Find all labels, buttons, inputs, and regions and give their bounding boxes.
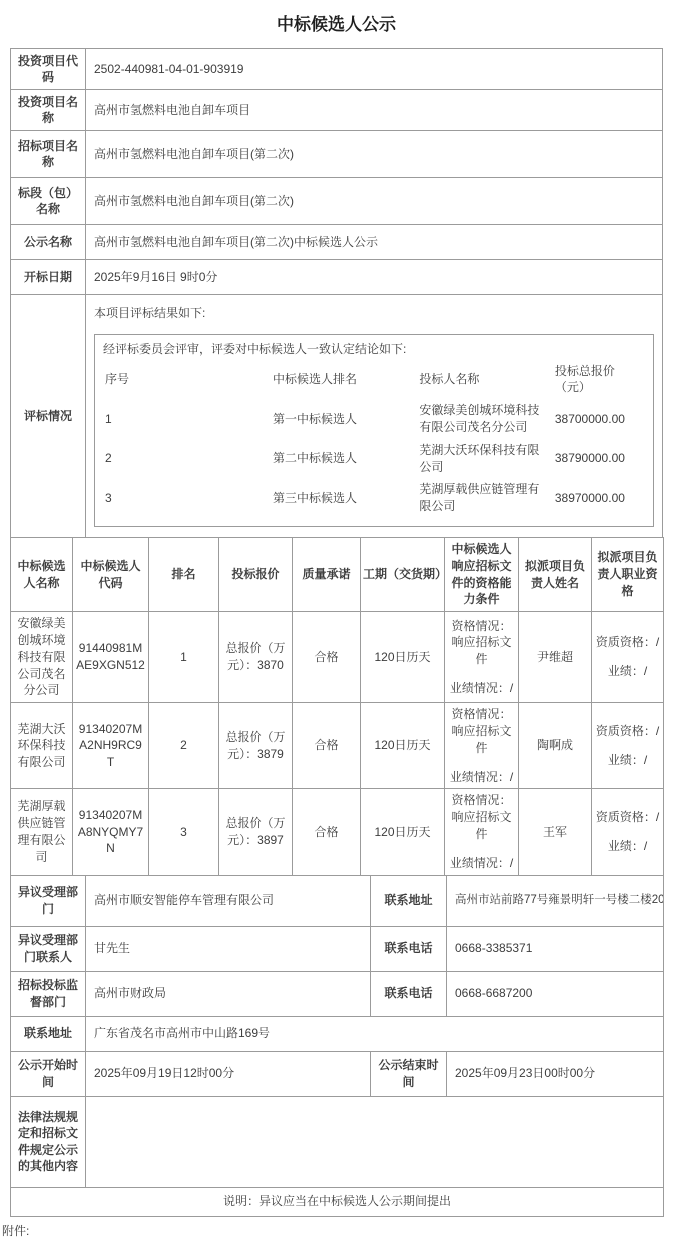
page-title: 中标候选人公示 bbox=[10, 10, 663, 35]
performance-value: 业绩情况：/ bbox=[448, 855, 515, 872]
row-label: 标段（包）名称 bbox=[11, 178, 86, 225]
duration: 120日历天 bbox=[361, 703, 445, 789]
row-label: 异议受理部门 bbox=[11, 875, 86, 926]
cert-value: 资质资格：/ bbox=[595, 723, 660, 740]
evaluation-intro: 本项目评标结果如下: bbox=[94, 305, 654, 322]
row-label: 联系电话 bbox=[371, 926, 447, 971]
quality-promise: 合格 bbox=[293, 789, 361, 875]
row-value: 高州市氢燃料电池自卸车项目(第二次) bbox=[86, 178, 663, 225]
bid-total-price: 38700000.00 bbox=[553, 399, 645, 439]
candidate-name: 芜湖厚载供应链管理有限公司 bbox=[11, 789, 73, 875]
table-row-other-content: 法律法规规定和招标文件规定公示的其他内容 bbox=[11, 1096, 664, 1187]
evaluation-row: 2 第二中标候选人 芜湖大沃环保科技有限公司 38790000.00 bbox=[103, 439, 645, 479]
row-value: 2025年09月19日12时00分 bbox=[86, 1051, 371, 1096]
row-label: 联系电话 bbox=[371, 971, 447, 1016]
column-header: 序号 bbox=[103, 360, 271, 400]
table-row-publicity-time: 公示开始时间 2025年09月19日12时00分 公示结束时间 2025年09月… bbox=[11, 1051, 664, 1096]
qualification-cell: 资格情况： 响应招标文件 业绩情况：/ bbox=[445, 789, 519, 875]
row-label: 投资项目代码 bbox=[11, 49, 86, 90]
row-label: 异议受理部门联系人 bbox=[11, 926, 86, 971]
table-row-bid-open-date: 开标日期 2025年9月16日 9时0分 bbox=[11, 260, 663, 295]
qualification-title: 资格情况： bbox=[448, 618, 515, 635]
row-value: 0668-3385371 bbox=[447, 926, 664, 971]
row-label: 投资项目名称 bbox=[11, 90, 86, 131]
qualification-value: 响应招标文件 bbox=[448, 723, 515, 757]
candidate-rank: 第三中标候选人 bbox=[271, 478, 417, 518]
row-label: 法律法规规定和招标文件规定公示的其他内容 bbox=[11, 1096, 86, 1187]
column-header: 中标候选人名称 bbox=[11, 537, 73, 611]
evaluation-cell: 本项目评标结果如下: 经评标委员会评审，评委对中标候选人一致认定结论如下: 序号… bbox=[86, 295, 663, 538]
bid-price: 总报价（万元）：3879 bbox=[219, 703, 293, 789]
row-value: 甘先生 bbox=[86, 926, 371, 971]
evaluation-row: 1 第一中标候选人 安徽绿美创城环境科技有限公司茂名分公司 38700000.0… bbox=[103, 399, 645, 439]
candidate-code: 91340207MA2NH9RC9T bbox=[73, 703, 149, 789]
row-value: 2502-440981-04-01-903919 bbox=[86, 49, 663, 90]
candidate-row: 安徽绿美创城环境科技有限公司茂名分公司 91440981MAE9XGN512 1… bbox=[11, 612, 664, 703]
candidate-row: 芜湖厚载供应链管理有限公司 91340207MA8NYQMY7N 3 总报价（万… bbox=[11, 789, 664, 875]
table-row-objection-contact: 异议受理部门联系人 甘先生 联系电话 0668-3385371 bbox=[11, 926, 664, 971]
duration: 120日历天 bbox=[361, 789, 445, 875]
bidder-name: 芜湖大沃环保科技有限公司 bbox=[417, 439, 553, 479]
row-value bbox=[86, 1096, 664, 1187]
bid-total-price: 38790000.00 bbox=[553, 439, 645, 479]
manager-cert-cell: 资质资格：/ 业绩：/ bbox=[592, 703, 664, 789]
qualification-value: 响应招标文件 bbox=[448, 634, 515, 668]
row-value: 高州市顺安智能停车管理有限公司 bbox=[86, 875, 371, 926]
cert-performance: 业绩：/ bbox=[595, 663, 660, 680]
column-header: 拟派项目负责人姓名 bbox=[519, 537, 592, 611]
contact-table: 异议受理部门 高州市顺安智能停车管理有限公司 联系地址 高州市站前路77号雍景明… bbox=[10, 875, 664, 1217]
evaluation-row: 3 第三中标候选人 芜湖厚载供应链管理有限公司 38970000.00 bbox=[103, 478, 645, 518]
row-value: 2025年09月23日00时00分 bbox=[447, 1051, 664, 1096]
table-row-supervision-dept: 招标投标监督部门 高州市财政局 联系电话 0668-6687200 bbox=[11, 971, 664, 1016]
column-header: 投标总报价（元） bbox=[553, 360, 645, 400]
table-row-note: 说明：异议应当在中标候选人公示期间提出 bbox=[11, 1187, 664, 1216]
candidate-rank: 第一中标候选人 bbox=[271, 399, 417, 439]
row-value: 高州市氢燃料电池自卸车项目 bbox=[86, 90, 663, 131]
cert-value: 资质资格：/ bbox=[595, 634, 660, 651]
table-row-contact-address: 联系地址 广东省茂名市高州市中山路169号 bbox=[11, 1016, 664, 1051]
row-label: 联系地址 bbox=[11, 1016, 86, 1051]
bid-total-price: 38970000.00 bbox=[553, 478, 645, 518]
cert-value: 资质资格：/ bbox=[595, 809, 660, 826]
cert-performance: 业绩：/ bbox=[595, 752, 660, 769]
column-header: 中标候选人响应招标文件的资格能力条件 bbox=[445, 537, 519, 611]
manager-cert-cell: 资质资格：/ 业绩：/ bbox=[592, 789, 664, 875]
candidate-rank: 3 bbox=[149, 789, 219, 875]
column-header: 排名 bbox=[149, 537, 219, 611]
bid-price: 总报价（万元）：3870 bbox=[219, 612, 293, 703]
seq-no: 1 bbox=[103, 399, 271, 439]
project-manager: 尹维超 bbox=[519, 612, 592, 703]
candidates-table: 中标候选人名称 中标候选人代码 排名 投标报价 质量承诺 工期（交货期） 中标候… bbox=[10, 537, 664, 876]
row-label: 开标日期 bbox=[11, 260, 86, 295]
row-label: 公示结束时间 bbox=[371, 1051, 447, 1096]
candidate-code: 91340207MA8NYQMY7N bbox=[73, 789, 149, 875]
manager-cert-cell: 资质资格：/ 业绩：/ bbox=[592, 612, 664, 703]
qualification-title: 资格情况： bbox=[448, 706, 515, 723]
bidder-name: 安徽绿美创城环境科技有限公司茂名分公司 bbox=[417, 399, 553, 439]
row-label: 招标投标监督部门 bbox=[11, 971, 86, 1016]
row-value: 高州市站前路77号雍景明轩一号楼二楼203 bbox=[447, 875, 664, 926]
column-header: 质量承诺 bbox=[293, 537, 361, 611]
candidate-row: 芜湖大沃环保科技有限公司 91340207MA2NH9RC9T 2 总报价（万元… bbox=[11, 703, 664, 789]
project-manager: 陶啊成 bbox=[519, 703, 592, 789]
table-row-evaluation: 评标情况 本项目评标结果如下: 经评标委员会评审，评委对中标候选人一致认定结论如… bbox=[11, 295, 663, 538]
row-label: 联系地址 bbox=[371, 875, 447, 926]
row-value: 0668-6687200 bbox=[447, 971, 664, 1016]
seq-no: 3 bbox=[103, 478, 271, 518]
row-value: 高州市氢燃料电池自卸车项目(第二次)中标候选人公示 bbox=[86, 225, 663, 260]
qualification-title: 资格情况： bbox=[448, 792, 515, 809]
row-label: 公示名称 bbox=[11, 225, 86, 260]
qualification-value: 响应招标文件 bbox=[448, 809, 515, 843]
evaluation-conclusion: 经评标委员会评审，评委对中标候选人一致认定结论如下: bbox=[103, 341, 645, 358]
candidate-name: 芜湖大沃环保科技有限公司 bbox=[11, 703, 73, 789]
table-row-section-name: 标段（包）名称 高州市氢燃料电池自卸车项目(第二次) bbox=[11, 178, 663, 225]
row-value: 广东省茂名市高州市中山路169号 bbox=[86, 1016, 664, 1051]
candidate-rank: 2 bbox=[149, 703, 219, 789]
table-row-project-code: 投资项目代码 2502-440981-04-01-903919 bbox=[11, 49, 663, 90]
table-row-project-name: 投资项目名称 高州市氢燃料电池自卸车项目 bbox=[11, 90, 663, 131]
column-header: 投标人名称 bbox=[417, 360, 553, 400]
candidate-code: 91440981MAE9XGN512 bbox=[73, 612, 149, 703]
column-header: 工期（交货期） bbox=[361, 537, 445, 611]
column-header: 投标报价 bbox=[219, 537, 293, 611]
seq-no: 2 bbox=[103, 439, 271, 479]
evaluation-result-box: 经评标委员会评审，评委对中标候选人一致认定结论如下: 序号 中标候选人排名 投标… bbox=[94, 334, 654, 527]
duration: 120日历天 bbox=[361, 612, 445, 703]
project-manager: 王军 bbox=[519, 789, 592, 875]
qualification-cell: 资格情况： 响应招标文件 业绩情况：/ bbox=[445, 703, 519, 789]
table-row-tender-name: 招标项目名称 高州市氢燃料电池自卸车项目(第二次) bbox=[11, 131, 663, 178]
project-info-table: 投资项目代码 2502-440981-04-01-903919 投资项目名称 高… bbox=[10, 48, 663, 538]
row-label: 公示开始时间 bbox=[11, 1051, 86, 1096]
row-label: 评标情况 bbox=[11, 295, 86, 538]
attachment-label: 附件: bbox=[2, 1222, 663, 1239]
performance-value: 业绩情况：/ bbox=[448, 680, 515, 697]
row-value: 2025年9月16日 9时0分 bbox=[86, 260, 663, 295]
performance-value: 业绩情况：/ bbox=[448, 769, 515, 786]
announcement-page: 中标候选人公示 投资项目代码 2502-440981-04-01-903919 … bbox=[0, 0, 673, 1257]
qualification-cell: 资格情况： 响应招标文件 业绩情况：/ bbox=[445, 612, 519, 703]
bid-price: 总报价（万元）：3897 bbox=[219, 789, 293, 875]
candidate-rank: 1 bbox=[149, 612, 219, 703]
evaluation-result-table: 序号 中标候选人排名 投标人名称 投标总报价（元） 1 第一中标候选人 安徽绿美… bbox=[103, 360, 645, 518]
note-text: 说明：异议应当在中标候选人公示期间提出 bbox=[11, 1187, 664, 1216]
cert-performance: 业绩：/ bbox=[595, 838, 660, 855]
column-header: 中标候选人代码 bbox=[73, 537, 149, 611]
candidates-header-row: 中标候选人名称 中标候选人代码 排名 投标报价 质量承诺 工期（交货期） 中标候… bbox=[11, 537, 664, 611]
table-row-objection-dept: 异议受理部门 高州市顺安智能停车管理有限公司 联系地址 高州市站前路77号雍景明… bbox=[11, 875, 664, 926]
quality-promise: 合格 bbox=[293, 703, 361, 789]
bidder-name: 芜湖厚载供应链管理有限公司 bbox=[417, 478, 553, 518]
candidate-rank: 第二中标候选人 bbox=[271, 439, 417, 479]
row-value: 高州市财政局 bbox=[86, 971, 371, 1016]
column-header: 拟派项目负责人职业资格 bbox=[592, 537, 664, 611]
evaluation-header-row: 序号 中标候选人排名 投标人名称 投标总报价（元） bbox=[103, 360, 645, 400]
table-row-announcement-name: 公示名称 高州市氢燃料电池自卸车项目(第二次)中标候选人公示 bbox=[11, 225, 663, 260]
quality-promise: 合格 bbox=[293, 612, 361, 703]
candidate-name: 安徽绿美创城环境科技有限公司茂名分公司 bbox=[11, 612, 73, 703]
row-value: 高州市氢燃料电池自卸车项目(第二次) bbox=[86, 131, 663, 178]
row-label: 招标项目名称 bbox=[11, 131, 86, 178]
column-header: 中标候选人排名 bbox=[271, 360, 417, 400]
